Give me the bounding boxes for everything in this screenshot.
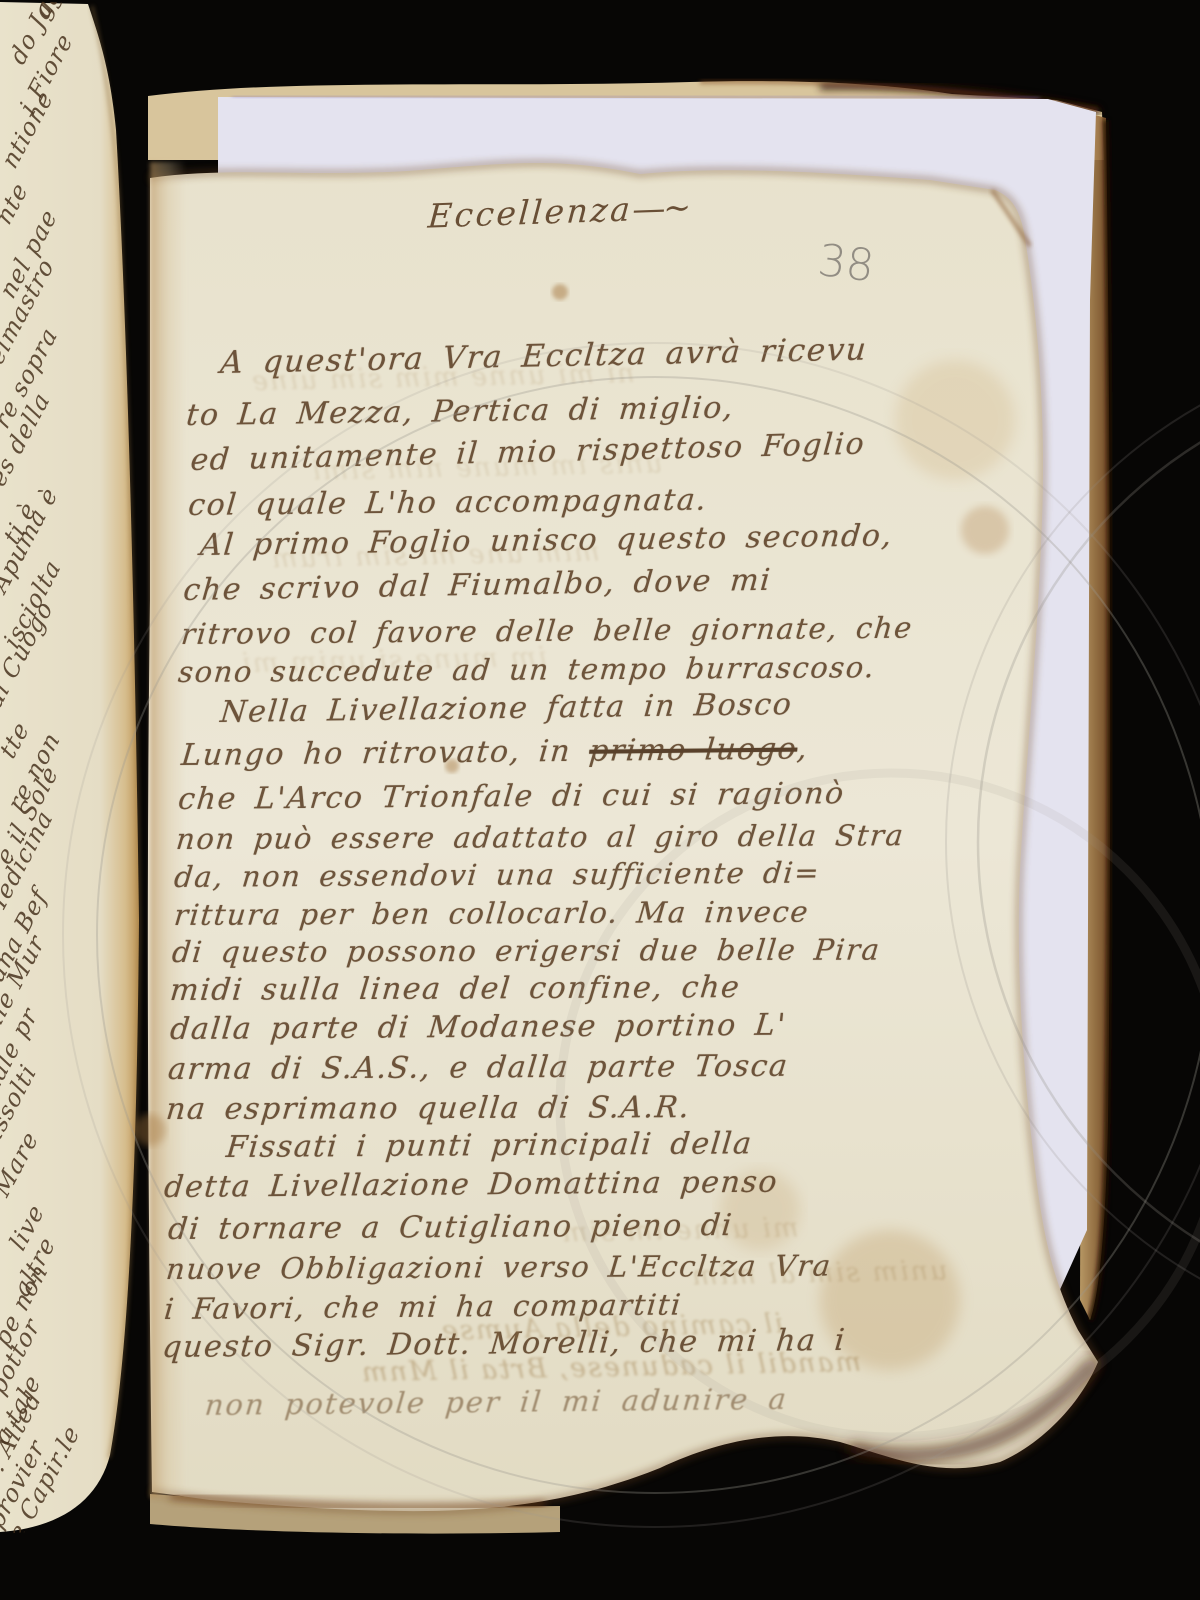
manuscript-photo: gando Jagioi Fiorentionentenel paeelmast… bbox=[0, 0, 1200, 1600]
heading-flourish: —~ bbox=[631, 187, 690, 228]
handwritten-line: di questo possono erigersi due belle Pir… bbox=[171, 933, 883, 969]
handwritten-line: ritrovo col favore delle belle giornate,… bbox=[180, 611, 915, 651]
struck-words: primo luogo bbox=[588, 732, 799, 769]
pencil-page-number: 38 bbox=[815, 235, 877, 292]
faded-last-line: non potevole per il mi adunire a bbox=[203, 1382, 789, 1422]
handwritten-line: che L'Arco Trionfale di cui si ragionò bbox=[177, 776, 847, 817]
handwritten-line: col quale L'ho accompagnata. bbox=[187, 483, 709, 523]
handwritten-line: non può essere adattato al giro della St… bbox=[175, 818, 907, 856]
handwritten-line: midi sulla linea del confine, che bbox=[169, 970, 743, 1008]
handwritten-line: rittura per ben collocarlo. Ma invece bbox=[173, 895, 811, 932]
handwritten-line: na esprimano quella di S.A.R. bbox=[164, 1090, 692, 1127]
heading-text: Eccellenza bbox=[427, 189, 634, 235]
handwritten-line: dalla parte di Modanese portino L' bbox=[169, 1008, 789, 1047]
handwritten-line: detta Livellazione Domattina penso bbox=[163, 1165, 780, 1205]
handwritten-line: da, non essendovi una sufficiente di= bbox=[173, 855, 822, 894]
handwritten-line: Lungo ho ritrovato, in primo luogo, bbox=[180, 731, 810, 773]
handwritten-line: Fissati i punti principali della bbox=[225, 1126, 755, 1165]
bleedthrough-line: mi unne im sim bbox=[560, 1213, 799, 1249]
handwritten-line: arma di S.A.S., e dalla parte Tosca bbox=[167, 1049, 791, 1087]
facing-page-fragment: ul Cuogo bbox=[0, 595, 59, 713]
bleedthrough-line: unim sim al mim bbox=[690, 1255, 948, 1291]
bleedthrough-line: im mune si unim mi bbox=[240, 642, 547, 679]
insert-sheet-purple-fringe bbox=[232, 96, 1040, 98]
facing-page-fragment: ntione bbox=[0, 85, 59, 173]
